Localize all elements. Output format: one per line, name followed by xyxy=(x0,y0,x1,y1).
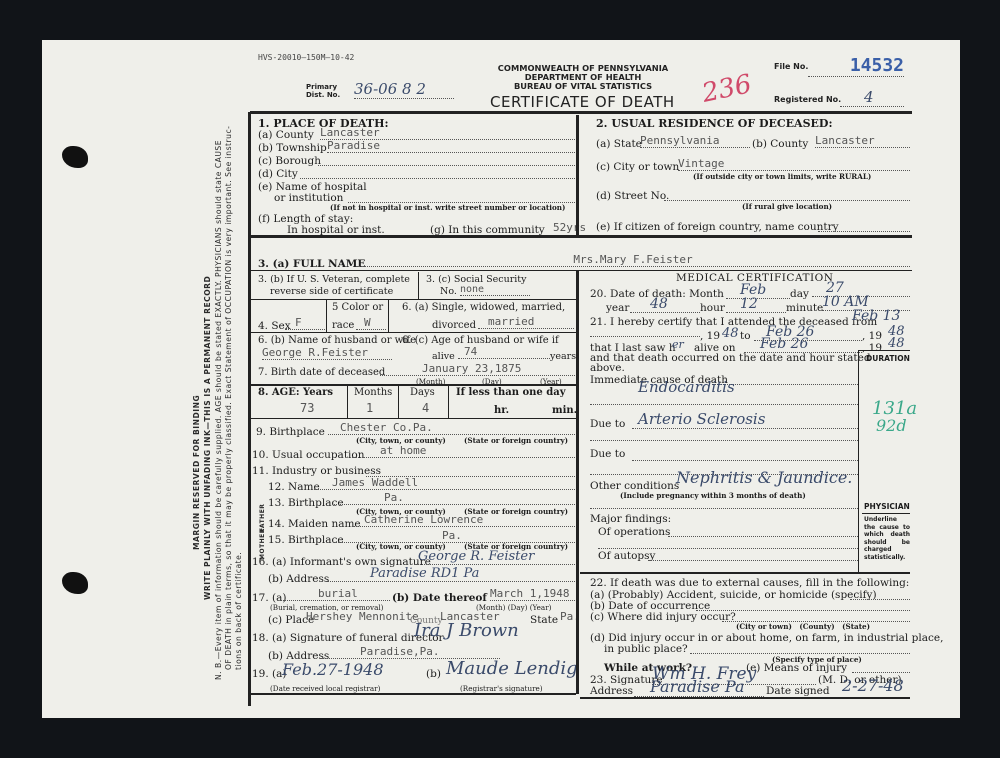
form-code: HVS-20010—150M—10-42 xyxy=(258,53,354,62)
rule xyxy=(398,386,399,418)
rule xyxy=(388,300,389,332)
rule-dotted xyxy=(598,548,858,549)
ext-d-field xyxy=(690,653,910,654)
birth-date-value: January 23,1875 xyxy=(380,362,575,376)
occupation-label: 10. Usual occupation xyxy=(252,449,364,461)
file-no-value: 14532 xyxy=(808,55,904,77)
other-conditions: Nephritis & Jaundice. xyxy=(676,468,852,487)
county-label: (a) County xyxy=(258,129,314,141)
received-note: (Date received local registrar) xyxy=(270,684,380,693)
rule xyxy=(858,350,910,351)
res-city-value: Vintage xyxy=(678,157,910,171)
other-conditions-note: (Include pregnancy within 3 months of de… xyxy=(620,491,806,500)
due-to-2-label: Due to xyxy=(590,448,625,460)
dod-hour: 12 xyxy=(726,296,786,313)
file-no-label: File No. xyxy=(774,62,808,71)
rule xyxy=(862,513,910,514)
color-label-2: race xyxy=(332,320,354,331)
margin-line-3: N. B.—Every item of information should b… xyxy=(214,140,223,680)
city-label: (d) City xyxy=(258,168,298,180)
margin-line-2: WRITE PLAINLY WITH UNFADING INK—THIS IS … xyxy=(203,276,212,600)
rule xyxy=(250,270,912,271)
rule-dotted xyxy=(590,508,858,509)
ext-d-label-2: in public place? xyxy=(604,643,688,655)
due-to-1: Arterio Sclerosis xyxy=(632,410,858,429)
rule xyxy=(448,386,449,418)
rule xyxy=(858,350,859,572)
dod-day-label: day xyxy=(790,288,809,300)
date-signed: 2-27-48 xyxy=(842,676,904,695)
external-causes-label: 22. If death was due to external causes,… xyxy=(590,577,909,589)
father-name-label: 12. Name xyxy=(268,481,320,493)
attend-from: Feb 13 xyxy=(852,308,900,324)
autopsy-label: Of autopsy xyxy=(598,550,655,562)
date-signed-label: Date signed xyxy=(766,685,830,697)
dod-minute-label: minute xyxy=(786,302,823,314)
director-signature: Ira J Brown xyxy=(414,620,519,641)
res-street-note: (If rural give location) xyxy=(742,202,832,211)
age-months: 1 xyxy=(366,401,373,415)
marital-label-1: 6. (a) Single, widowed, married, xyxy=(402,302,565,313)
father-birth-value: Pa. xyxy=(334,491,575,505)
disposal-date-value: March 1,1948 xyxy=(490,587,575,601)
last-saw-date: Feb 26 xyxy=(744,336,862,353)
dod-hour-label: hour xyxy=(700,302,725,314)
ssn-label-2: No. xyxy=(440,286,457,297)
registrar-label: (b) xyxy=(426,668,441,680)
above-label: above. xyxy=(590,362,625,374)
rule xyxy=(250,299,576,300)
months-label: Months xyxy=(354,387,392,398)
column-divider xyxy=(576,270,579,694)
attend-from-year: 48 xyxy=(722,326,739,341)
operations-label: Of operations xyxy=(598,526,670,538)
days-label: Days xyxy=(410,387,435,398)
dod-year: 48 xyxy=(630,296,700,313)
min-label: min. xyxy=(552,405,577,416)
means-field xyxy=(852,672,910,673)
received-date: Feb.27-1948 xyxy=(282,660,384,679)
punch-hole-top xyxy=(62,146,88,168)
registrar-signature: Maude Lendig xyxy=(446,658,578,679)
primary-dist-label: Primary Dist. No. xyxy=(306,83,350,99)
rule xyxy=(580,697,910,699)
rule-dotted xyxy=(590,404,858,405)
due-to-1-label: Due to xyxy=(590,418,625,430)
rule xyxy=(250,418,576,419)
borough-field xyxy=(318,165,575,166)
margin-line-5: tions on back of certificate. xyxy=(234,552,243,670)
physician-note: Underline the cause to which death shoul… xyxy=(864,516,910,561)
death-county-value: Lancaster xyxy=(320,126,575,140)
full-name-value: Mrs.Mary F.Feister xyxy=(356,253,910,267)
mother-name-value: Catherine Lowrence xyxy=(352,513,575,527)
rule xyxy=(347,386,348,418)
hospital-note: (If not in hospital or inst. write stree… xyxy=(330,203,565,212)
marital-label-2: divorced xyxy=(432,320,476,331)
color-label-1: 5 Color or xyxy=(332,302,383,313)
registrar-note: (Registrar's signature) xyxy=(460,684,543,693)
spouse-age-value: 74 xyxy=(458,345,550,359)
spouse-age-unit: years xyxy=(550,351,576,362)
father-birth-label: 13. Birthplace xyxy=(268,497,344,509)
birthplace-label: 9. Birthplace xyxy=(256,426,325,438)
autopsy-field xyxy=(648,560,858,561)
director-address-value: Paradise,Pa. xyxy=(320,645,500,659)
hr-label: hr. xyxy=(494,405,509,416)
due-to-2-field xyxy=(632,460,858,461)
color-value: W xyxy=(356,316,386,330)
age-days: 4 xyxy=(422,401,429,415)
informant-signature: George R. Feister xyxy=(414,549,575,565)
stated-label: and that death occurred on the date and … xyxy=(590,352,871,364)
spouse-value: George R.Feister xyxy=(262,346,392,360)
place-value: Hershey Mennonite xyxy=(306,610,419,623)
physician-label: PHYSICIAN xyxy=(864,502,910,511)
punch-hole-bottom xyxy=(62,572,88,594)
sex-value: F xyxy=(285,316,325,330)
marital-value: married xyxy=(478,315,574,329)
borough-label: (c) Borough xyxy=(258,155,321,167)
res-county-label: (b) County xyxy=(752,138,808,150)
registered-no-label: Registered No. xyxy=(774,95,841,104)
informant-address-label: (b) Address xyxy=(268,573,329,585)
section-rule xyxy=(250,235,912,238)
immediate-cause: Endocarditis xyxy=(638,378,735,396)
ssn-value: none xyxy=(460,284,530,296)
city-field xyxy=(300,178,575,179)
spouse-label: 6. (b) Name of husband or wife xyxy=(258,335,416,346)
res-state-value: Pennsylvania xyxy=(640,134,750,148)
res-state-label: (a) State xyxy=(596,138,642,150)
primary-dist-value: 36-06 8 2 xyxy=(354,80,454,99)
major-findings-label: Major findings: xyxy=(590,513,671,525)
last-saw-year: 48 xyxy=(888,336,905,351)
township-label: (b) Township xyxy=(258,142,327,154)
attend-line xyxy=(590,336,700,337)
birth-date-label: 7. Birth date of deceased xyxy=(258,367,385,378)
veteran-label-2: reverse side of certificate xyxy=(270,286,393,297)
physician-address: Paradise Pa xyxy=(634,677,764,697)
disposal-value: burial xyxy=(280,587,390,601)
operations-field xyxy=(668,536,858,537)
res-city-label: (c) City or town xyxy=(596,161,679,173)
res-foreign-label: (e) If citizen of foreign country, name … xyxy=(596,221,839,233)
occupation-value: at home xyxy=(352,444,575,458)
birthplace-value: Chester Co.Pa. xyxy=(328,421,575,435)
age-years: 73 xyxy=(300,401,314,415)
ext-c-note: (City or town) (County) (State) xyxy=(736,622,870,631)
rule xyxy=(326,300,327,332)
less-day-label: If less than one day xyxy=(456,387,566,398)
mother-birth-value: Pa. xyxy=(334,529,575,543)
header-bureau: BUREAU OF VITAL STATISTICS xyxy=(488,82,678,91)
duration-label: DURATION xyxy=(866,354,910,363)
ext-a-field xyxy=(850,599,910,600)
dod-year-label: year xyxy=(606,302,629,314)
veteran-label-1: 3. (b) If U. S. Veteran, complete xyxy=(258,274,410,285)
physician-address-label: Address xyxy=(590,685,633,697)
certificate-title: CERTIFICATE OF DEATH xyxy=(490,93,675,111)
father-name-value: James Waddell xyxy=(314,476,575,490)
rule xyxy=(250,693,576,695)
rule xyxy=(580,572,910,574)
community-value: 52yrs xyxy=(553,221,586,234)
age-label: 8. AGE: Years xyxy=(258,387,333,398)
place-state-label: State xyxy=(530,614,558,626)
last-saw-pronoun: er xyxy=(672,338,684,351)
ext-c-label: (c) Where did injury occur? xyxy=(590,611,736,623)
residence-heading: 2. USUAL RESIDENCE OF DECEASED: xyxy=(596,117,833,130)
section-divider xyxy=(576,115,579,235)
informant-address: Paradise RD1 Pa xyxy=(326,566,575,582)
rule xyxy=(250,332,576,333)
attend-from-year-prefix: , 19 xyxy=(700,330,720,342)
attend-to-year-prefix: , 19 xyxy=(862,330,882,342)
res-street-label: (d) Street No. xyxy=(596,190,669,202)
duration-code-2: 92d xyxy=(876,416,907,435)
rule xyxy=(418,272,419,300)
registered-no-value: 4 xyxy=(840,88,904,107)
res-county-value: Lancaster xyxy=(815,134,910,148)
margin-line-1: MARGIN RESERVED FOR BINDING xyxy=(192,395,201,550)
res-street-field xyxy=(664,200,910,201)
res-foreign-field xyxy=(818,231,910,232)
spouse-age-label-2: alive xyxy=(432,351,455,362)
full-name-label: 3. (a) FULL NAME xyxy=(258,258,365,270)
res-city-note: (If outside city or town limits, write R… xyxy=(693,172,871,181)
disposal-date-label: (b) Date thereof xyxy=(392,592,487,604)
margin-line-4: OF DEATH in plain terms, so that it may … xyxy=(224,126,233,670)
death-township-value: Paradise xyxy=(327,139,575,153)
mother-birth-label: 15. Birthplace xyxy=(268,534,344,546)
rule xyxy=(250,384,576,386)
rule-dotted xyxy=(590,440,858,441)
